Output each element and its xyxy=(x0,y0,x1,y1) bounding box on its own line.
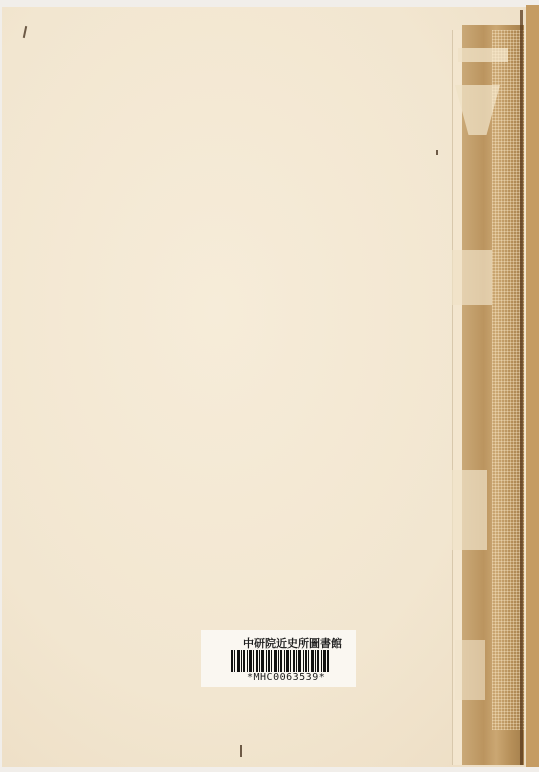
stray-mark xyxy=(240,745,242,757)
tape-wear xyxy=(452,250,492,305)
spine-crease xyxy=(520,10,523,765)
barcode-number: *MHC0063539* xyxy=(247,672,325,683)
stray-mark xyxy=(436,150,438,155)
spine-edge xyxy=(526,5,539,767)
library-name: 中研院近史所圖書館 xyxy=(243,635,342,651)
barcode-icon xyxy=(231,650,349,672)
binding-mesh xyxy=(492,30,530,730)
library-barcode-label: 中研院近史所圖書館 *MHC0063539* xyxy=(201,630,356,687)
tape-wear xyxy=(455,640,485,700)
tape-wear xyxy=(452,470,487,550)
